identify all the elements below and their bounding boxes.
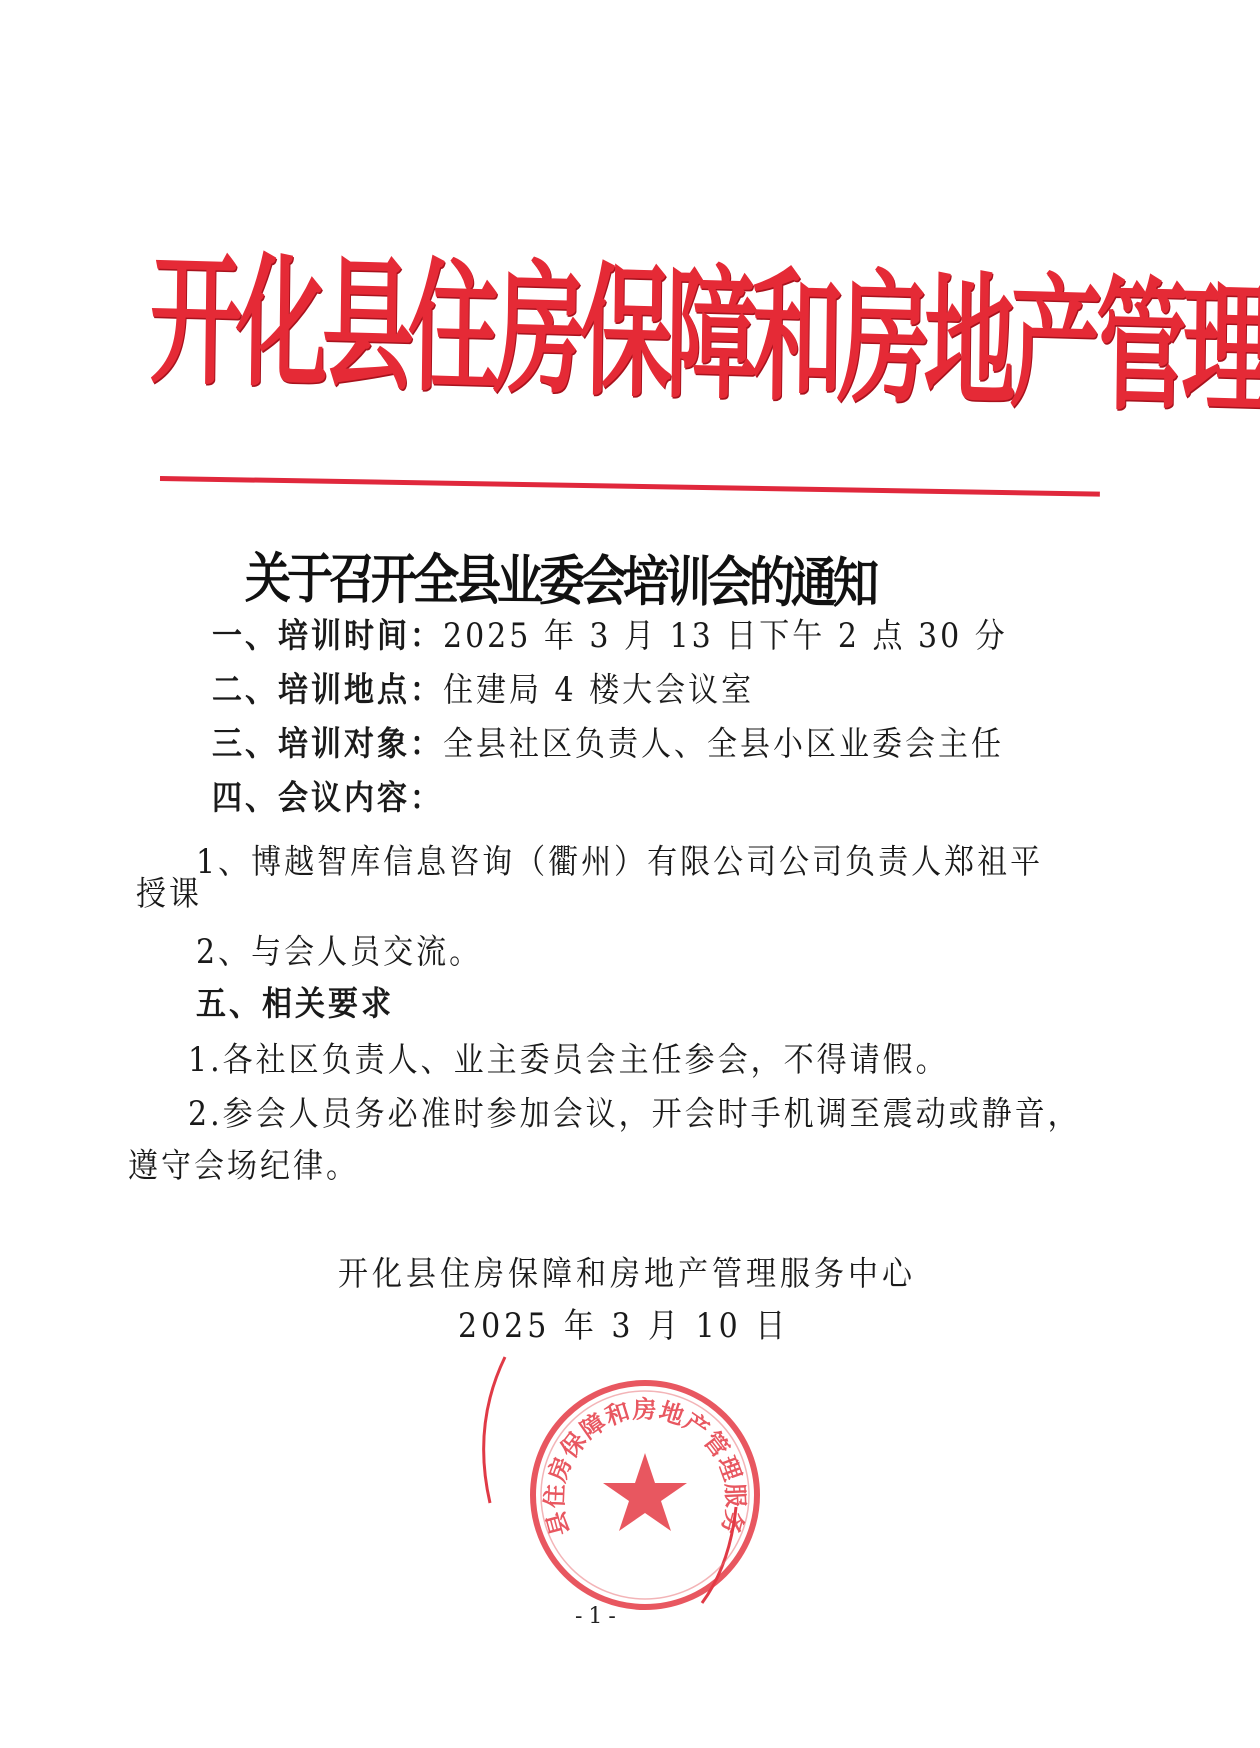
signature-date: 2025 年 3 月 10 日 xyxy=(458,1310,789,1344)
organization-header: 开化县住房保障和房地产管理服务中心 xyxy=(149,193,1022,472)
requirements-heading-text: 五、相关要求 xyxy=(196,985,394,1024)
requirement-item-1: 1.各社区负责人、业主委员会主任参会，不得请假。 xyxy=(188,1044,949,1078)
section-training-audience: 三、培训对象：全县社区负责人、全县小区业委会主任 xyxy=(212,728,1004,762)
section-label: 四、会议内容： xyxy=(212,779,443,818)
section-value: 2025 年 3 月 13 日下午 2 点 30 分 xyxy=(443,617,1008,656)
meeting-item-1-line-1: 1、博越智库信息咨询（衢州）有限公司公司负责人郑祖平 xyxy=(196,846,1043,880)
section-label: 一、培训时间： xyxy=(212,617,443,656)
meeting-item-1-line-2: 授课 xyxy=(136,878,202,912)
document-title: 关于召开全县业委会培训会的通知 xyxy=(245,551,1005,612)
section-value: 住建局 4 楼大会议室 xyxy=(443,671,754,710)
svg-text:开化县住房保障和房地产管理服务中心: 开化县住房保障和房地产管理服务中心 xyxy=(525,1375,749,1539)
red-divider-line xyxy=(160,476,1100,497)
signature-organization: 开化县住房保障和房地产管理服务中心 xyxy=(338,1258,916,1292)
meeting-item-2: 2、与会人员交流。 xyxy=(196,936,482,970)
section-label: 三、培训对象： xyxy=(212,725,443,764)
section-value: 全县社区负责人、全县小区业委会主任 xyxy=(443,725,1004,764)
seal-arc-left-icon xyxy=(470,1355,510,1505)
section-meeting-content: 四、会议内容： xyxy=(212,782,443,816)
organization-header-text: 开化县住房保障和房地产管理服务中心 xyxy=(149,249,1260,431)
document-page: 开化县住房保障和房地产管理服务中心 关于召开全县业委会培训会的通知 一、培训时间… xyxy=(0,0,1260,1748)
official-seal-icon: 开化县住房保障和房地产管理服务中心 xyxy=(525,1375,765,1615)
seal-arc-right-icon xyxy=(700,1505,740,1605)
requirement-item-2-line-2: 遵守会场纪律。 xyxy=(128,1150,359,1184)
requirements-heading: 五、相关要求 xyxy=(196,988,394,1022)
page-number: -1- xyxy=(575,1604,622,1629)
section-training-time: 一、培训时间：2025 年 3 月 13 日下午 2 点 30 分 xyxy=(212,620,1008,654)
section-training-location: 二、培训地点：住建局 4 楼大会议室 xyxy=(212,674,754,708)
requirement-item-2-line-1: 2.参会人员务必准时参加会议，开会时手机调至震动或静音， xyxy=(188,1098,1081,1132)
section-label: 二、培训地点： xyxy=(212,671,443,710)
